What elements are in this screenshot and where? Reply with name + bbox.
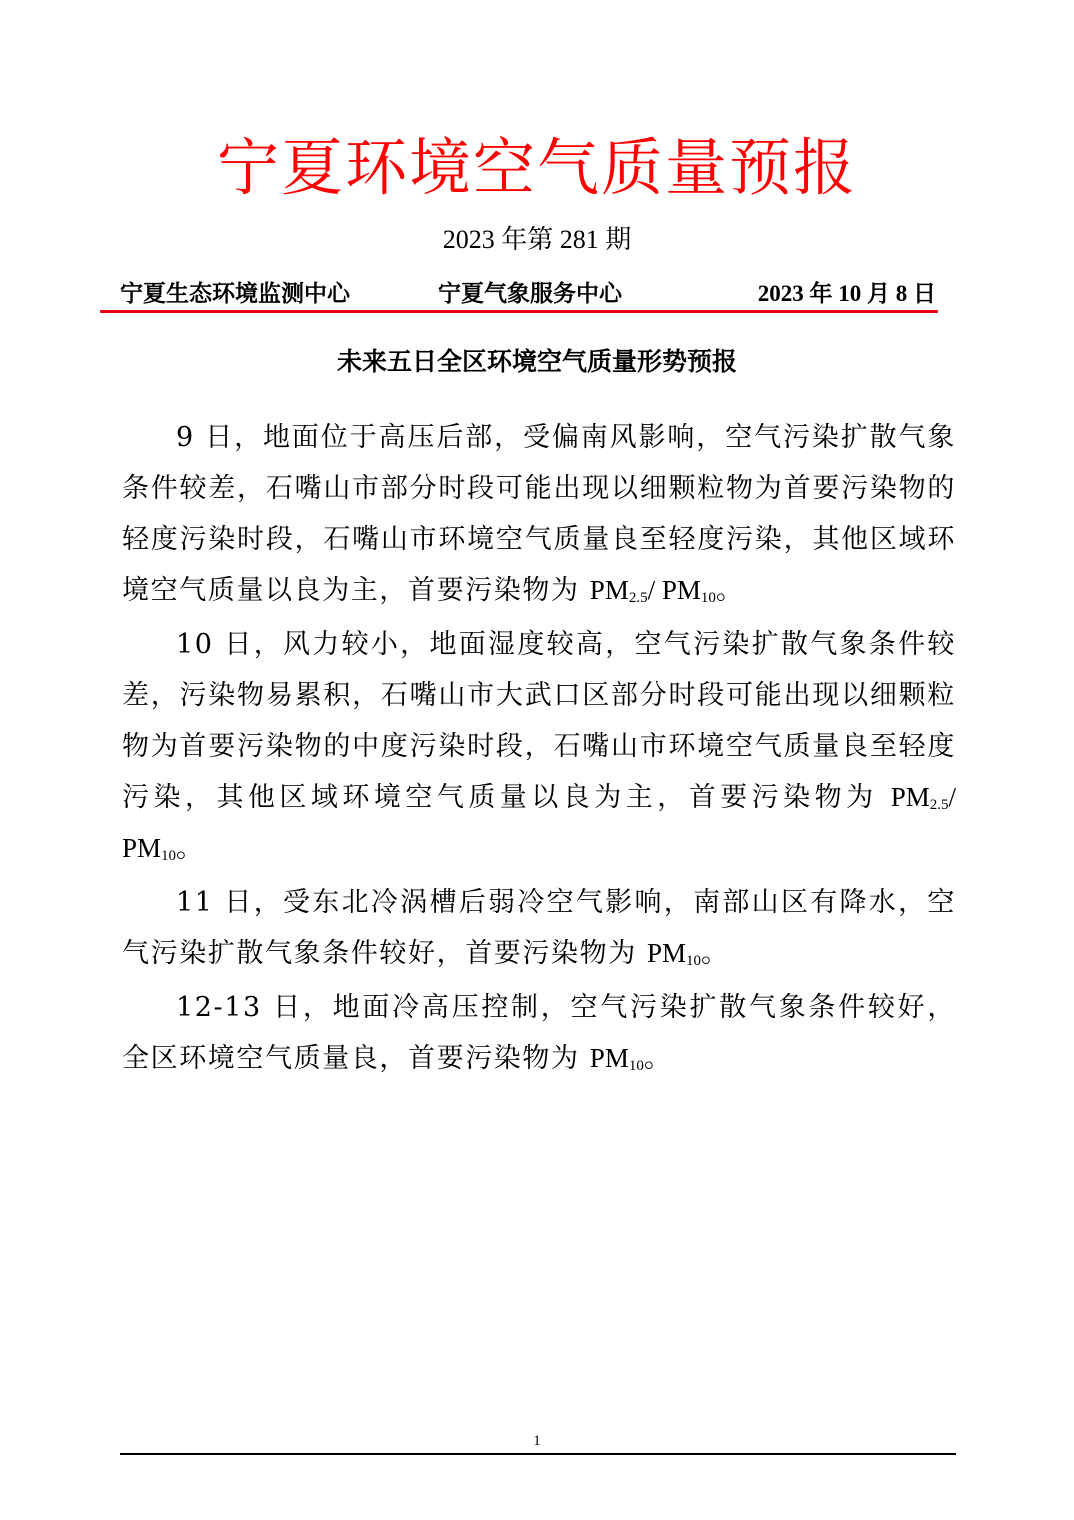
page-number: 1 [0,1432,1074,1450]
pm-separator: / [948,782,956,812]
pm-label: PM [647,938,686,968]
section-title: 未来五日全区环境空气质量形势预报 [0,342,1074,382]
paragraph-text: 9 日，地面位于高压后部，受偏南风影响，空气污染扩散气象条件较差，石嘴山市部分时… [122,422,956,606]
forecast-paragraph-day10: 10 日，风力较小，地面湿度较高，空气污染扩散气象条件较差，污染物易累积，石嘴山… [122,619,956,874]
masthead-title: 宁夏环境空气质量预报 [0,128,1074,208]
paragraph-text: 10 日，风力较小，地面湿度较高，空气污染扩散气象条件较差，污染物易累积，石嘴山… [122,629,956,813]
issue-number: 2023 年第 281 期 [0,220,1074,260]
pollutant-pm10: PM10 [122,833,176,863]
pm-subscript: 10 [686,953,701,969]
pm-label: PM [891,782,930,812]
pm-label: PM [662,575,701,605]
footer-divider [120,1453,956,1455]
pm-subscript: 10 [161,848,176,864]
pollutant-pm10: PM10 [590,1043,644,1073]
document-page: 宁夏环境空气质量预报 2023 年第 281 期 宁夏生态环境监测中心 宁夏气象… [0,0,1074,1520]
paragraph-text: 12-13 日，地面冷高压控制，空气污染扩散气象条件较好，全区环境空气质量良，首… [122,992,956,1074]
pm-subscript: 10 [701,590,716,606]
paragraph-end: 。 [176,833,205,864]
paragraph-text: 11 日，受东北冷涡槽后弱冷空气影响，南部山区有降水，空气污染扩散气象条件较好，… [122,887,956,969]
issuer-meteorological-center: 宁夏气象服务中心 [438,276,622,312]
paragraph-end: 。 [644,1043,673,1074]
pm-label: PM [590,1043,629,1073]
pollutant-pm10: PM10 [662,575,716,605]
red-divider [100,310,938,313]
pollutant-pm10: PM10 [647,938,701,968]
forecast-body: 9 日，地面位于高压后部，受偏南风影响，空气污染扩散气象条件较差，石嘴山市部分时… [122,412,956,1087]
forecast-paragraph-day9: 9 日，地面位于高压后部，受偏南风影响，空气污染扩散气象条件较差，石嘴山市部分时… [122,412,956,616]
issuer-line: 宁夏生态环境监测中心 宁夏气象服务中心 2023 年 10 月 8 日 [120,276,936,312]
forecast-paragraph-day11: 11 日，受东北冷涡槽后弱冷空气影响，南部山区有降水，空气污染扩散气象条件较好，… [122,877,956,979]
paragraph-end: 。 [716,575,745,606]
pm-separator: / [648,575,662,605]
issue-date: 2023 年 10 月 8 日 [758,276,936,312]
forecast-paragraph-day12-13: 12-13 日，地面冷高压控制，空气污染扩散气象条件较好，全区环境空气质量良，首… [122,982,956,1084]
pm-subscript: 2.5 [629,590,648,606]
paragraph-end: 。 [701,938,730,969]
pollutant-pm25: PM2.5/ [590,575,662,605]
pm-subscript: 10 [629,1058,644,1074]
pm-label: PM [590,575,629,605]
pm-subscript: 2.5 [930,797,949,813]
issuer-environment-center: 宁夏生态环境监测中心 [120,276,350,312]
pm-label: PM [122,833,161,863]
pollutant-pm25: PM2.5/ [891,782,956,812]
